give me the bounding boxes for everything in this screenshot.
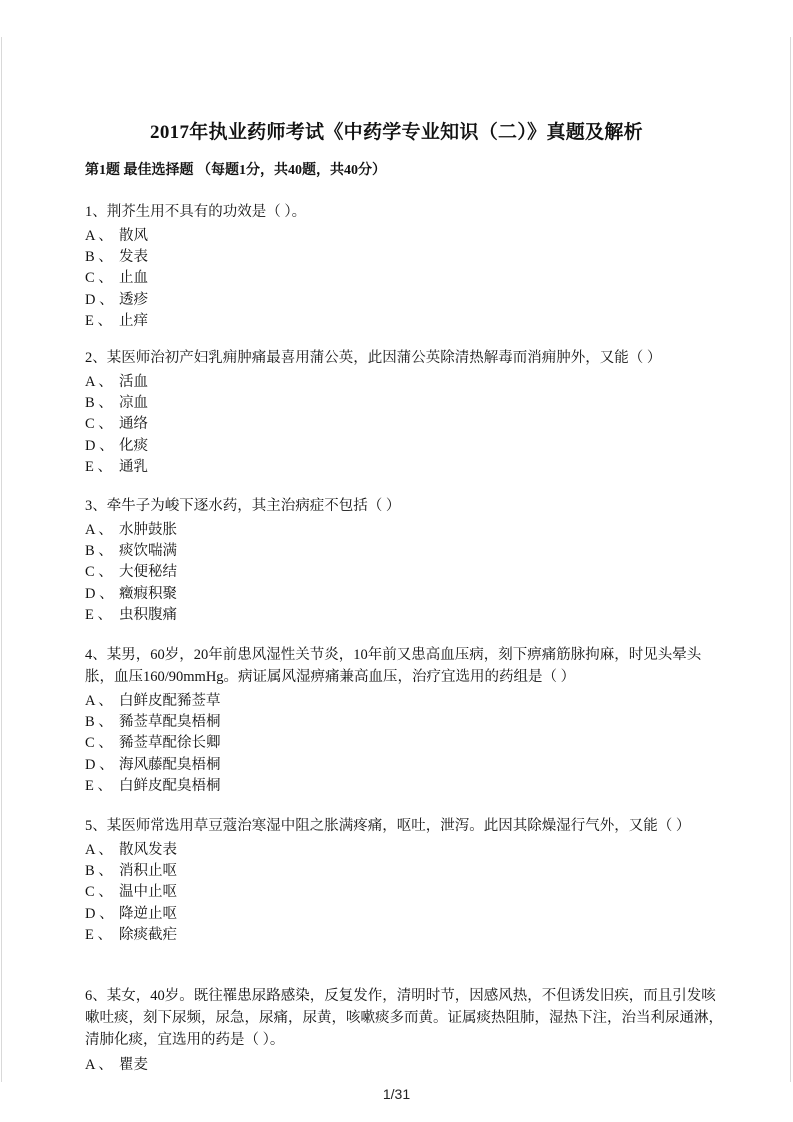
option-text: 透疹 <box>119 292 148 308</box>
question-3: 3、牵牛子为峻下逐水药，其主治病症不包括（ ） A 、水肿鼓胀 B 、痰饮喘满 … <box>85 494 725 626</box>
option-d: D 、降逆止呕 <box>85 904 725 925</box>
question-1: 1、荆芥生用不具有的功效是（ ）。 A 、散风 B 、发表 C 、止血 D 、透… <box>85 200 725 332</box>
option-c: C 、止血 <box>85 268 725 289</box>
document-title: 2017年执业药师考试《中药学专业知识（二）》真题及解析 <box>0 120 793 146</box>
option-text: 白鲜皮配臭梧桐 <box>119 778 221 794</box>
option-letter: E 、 <box>85 457 119 478</box>
question-6: 6、某女，40岁。既往罹患尿路感染，反复发作，清明时节，因感风热，不但诱发旧疾，… <box>85 985 725 1076</box>
option-letter: D 、 <box>85 436 119 457</box>
option-text: 白鲜皮配豨莶草 <box>119 693 221 709</box>
option-letter: A 、 <box>85 372 119 393</box>
option-e: E 、除痰截疟 <box>85 925 725 946</box>
question-stem: 6、某女，40岁。既往罹患尿路感染，反复发作，清明时节，因感风热，不但诱发旧疾，… <box>85 985 725 1051</box>
option-e: E 、止痒 <box>85 311 725 332</box>
option-text: 温中止呕 <box>119 884 177 900</box>
option-text: 豨莶草配臭梧桐 <box>119 714 221 730</box>
option-text: 豨莶草配徐长卿 <box>119 735 221 751</box>
option-letter: A 、 <box>85 691 119 712</box>
option-letter: B 、 <box>85 861 119 882</box>
option-letter: A 、 <box>85 520 119 541</box>
option-text: 大便秘结 <box>119 564 177 580</box>
section-header: 第1题 最佳选择题 （每题1分，共40题，共40分） <box>85 160 386 182</box>
option-d: D 、化痰 <box>85 436 725 457</box>
option-text: 海风藤配臭梧桐 <box>119 757 221 773</box>
option-letter: A 、 <box>85 226 119 247</box>
option-b: B 、痰饮喘满 <box>85 541 725 562</box>
option-d: D 、透疹 <box>85 290 725 311</box>
option-letter: B 、 <box>85 541 119 562</box>
option-letter: B 、 <box>85 393 119 414</box>
option-d: D 、海风藤配臭梧桐 <box>85 755 725 776</box>
option-text: 发表 <box>119 249 148 265</box>
option-letter: C 、 <box>85 882 119 903</box>
option-text: 散风发表 <box>119 842 177 858</box>
option-text: 通乳 <box>119 459 148 475</box>
option-text: 活血 <box>119 374 148 390</box>
option-text: 止血 <box>119 270 148 286</box>
option-c: C 、大便秘结 <box>85 562 725 583</box>
option-letter: D 、 <box>85 755 119 776</box>
option-b: B 、豨莶草配臭梧桐 <box>85 712 725 733</box>
option-text: 癥瘕积聚 <box>119 586 177 602</box>
option-letter: E 、 <box>85 605 119 626</box>
question-stem: 3、牵牛子为峻下逐水药，其主治病症不包括（ ） <box>85 494 725 519</box>
option-letter: C 、 <box>85 733 119 754</box>
option-text: 痰饮喘满 <box>119 543 177 559</box>
option-d: D 、癥瘕积聚 <box>85 584 725 605</box>
option-letter: D 、 <box>85 290 119 311</box>
option-e: E 、通乳 <box>85 457 725 478</box>
option-letter: B 、 <box>85 712 119 733</box>
option-text: 虫积腹痛 <box>119 607 177 623</box>
option-a: A 、瞿麦 <box>85 1055 725 1076</box>
option-letter: C 、 <box>85 268 119 289</box>
option-b: B 、消积止呕 <box>85 861 725 882</box>
option-b: B 、凉血 <box>85 393 725 414</box>
option-c: C 、通络 <box>85 414 725 435</box>
option-e: E 、虫积腹痛 <box>85 605 725 626</box>
option-c: C 、豨莶草配徐长卿 <box>85 733 725 754</box>
question-5: 5、某医师常选用草豆蔻治寒湿中阻之胀满疼痛，呕吐，泄泻。此因其除燥湿行气外，又能… <box>85 815 725 946</box>
option-text: 化痰 <box>119 438 148 454</box>
question-4: 4、某男，60岁，20年前患风湿性关节炎，10年前又患高血压病，刻下痹痛筋脉拘麻… <box>85 644 725 797</box>
option-text: 除痰截疟 <box>119 927 177 943</box>
page-number: 1/31 <box>0 1086 793 1102</box>
option-text: 降逆止呕 <box>119 906 177 922</box>
option-letter: C 、 <box>85 414 119 435</box>
option-letter: D 、 <box>85 904 119 925</box>
option-letter: E 、 <box>85 311 119 332</box>
option-a: A 、散风发表 <box>85 840 725 861</box>
option-text: 消积止呕 <box>119 863 177 879</box>
option-letter: A 、 <box>85 1055 119 1076</box>
option-text: 止痒 <box>119 313 148 329</box>
option-a: A 、水肿鼓胀 <box>85 520 725 541</box>
question-2: 2、某医师治初产妇乳痈肿痛最喜用蒲公英，此因蒲公英除清热解毒而消痈肿外，又能（ … <box>85 346 725 478</box>
option-letter: D 、 <box>85 584 119 605</box>
option-letter: C 、 <box>85 562 119 583</box>
question-stem: 1、荆芥生用不具有的功效是（ ）。 <box>85 200 725 225</box>
question-stem: 4、某男，60岁，20年前患风湿性关节炎，10年前又患高血压病，刻下痹痛筋脉拘麻… <box>85 644 725 688</box>
option-b: B 、发表 <box>85 247 725 268</box>
option-letter: B 、 <box>85 247 119 268</box>
option-a: A 、活血 <box>85 372 725 393</box>
option-c: C 、温中止呕 <box>85 882 725 903</box>
option-letter: A 、 <box>85 840 119 861</box>
option-text: 通络 <box>119 416 148 432</box>
option-text: 凉血 <box>119 395 148 411</box>
option-a: A 、白鲜皮配豨莶草 <box>85 691 725 712</box>
option-letter: E 、 <box>85 925 119 946</box>
option-letter: E 、 <box>85 776 119 797</box>
option-text: 散风 <box>119 228 148 244</box>
option-text: 瞿麦 <box>119 1057 148 1073</box>
option-text: 水肿鼓胀 <box>119 522 177 538</box>
question-stem: 2、某医师治初产妇乳痈肿痛最喜用蒲公英，此因蒲公英除清热解毒而消痈肿外，又能（ … <box>85 346 725 371</box>
question-stem: 5、某医师常选用草豆蔻治寒湿中阻之胀满疼痛，呕吐，泄泻。此因其除燥湿行气外，又能… <box>85 815 715 837</box>
option-a: A 、散风 <box>85 226 725 247</box>
option-e: E 、白鲜皮配臭梧桐 <box>85 776 725 797</box>
